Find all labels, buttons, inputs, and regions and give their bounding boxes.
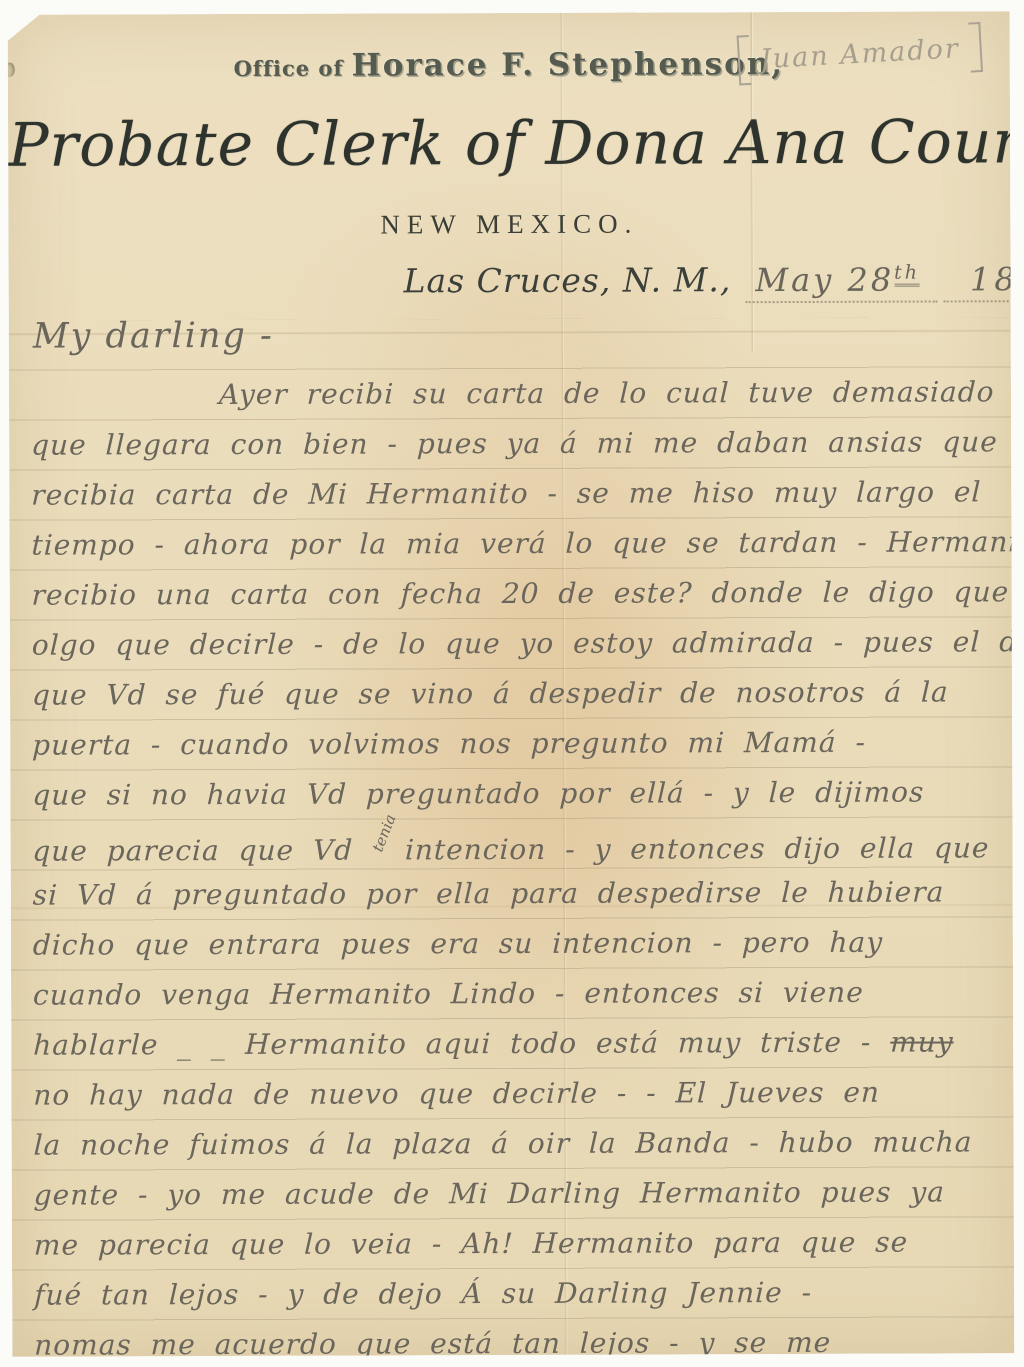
dateline-handwritten-date: May 28th	[745, 261, 938, 304]
letterhead-state: NEW MEXICO.	[8, 207, 1010, 241]
handwritten-line: tiempo - ahora por la mia verá lo que se…	[31, 517, 1001, 570]
handwritten-line: recibio una carta con fecha 20 de este? …	[31, 567, 1001, 620]
dateline-year: 1890	[944, 260, 1024, 302]
handwritten-line: recibia carta de Mi Hermanito - se me hi…	[31, 467, 1001, 520]
letterhead-office-name: Horace F. Stephenson,	[351, 46, 784, 84]
handwritten-line: gente - yo me acude de Mi Darling Herman…	[33, 1167, 1003, 1220]
annotation-name: Juan Amador	[749, 32, 970, 75]
handwritten-line: la noche fuimos á la plaza á oir la Band…	[33, 1117, 1003, 1170]
handwritten-line: nomas me acuerdo que está tan lejos - y …	[34, 1317, 1004, 1367]
salutation: My darling -	[33, 316, 274, 357]
dateline: Las Cruces, N. M., May 28th 1890	[404, 259, 1024, 304]
handwritten-line: que Vd se fué que se vino á despedir de …	[31, 667, 1001, 720]
handwritten-line: si Vd á preguntado por ella para despedi…	[32, 867, 1002, 920]
handwritten-line: me parecia que lo veia - Ah! Hermanito p…	[33, 1217, 1003, 1270]
handwritten-line: dicho que entrara pues era su intencion …	[32, 917, 1002, 970]
handwritten-line: que si no havia Vd preguntado por ellá -…	[32, 767, 1002, 820]
scanned-letter-page: Office ofHorace F. Stephenson, Juan Amad…	[0, 0, 1024, 1367]
handwritten-line: que parecia que Vd tenia intencion - y e…	[32, 817, 1002, 870]
date-ordinal: th	[894, 262, 920, 287]
handwritten-line: hablarle _ _ Hermanito aqui todo está mu…	[32, 1017, 1002, 1070]
handwritten-line: cuando venga Hermanito Lindo - entonces …	[32, 967, 1002, 1020]
handwritten-line: que llegara con bien - pues ya á mi me d…	[30, 417, 1000, 470]
letterhead-title: Probate Clerk of Dona Ana County,	[8, 107, 1010, 180]
letterhead-office-prefix: Office of	[234, 56, 344, 81]
letter-paper: Office ofHorace F. Stephenson, Juan Amad…	[8, 11, 1015, 1356]
handwritten-line: puerta - cuando volvimos nos pregunto mi…	[31, 717, 1001, 770]
handwritten-line: Ayer recibi su carta de lo cual tuve dem…	[30, 367, 1000, 420]
dateline-printed-place: Las Cruces, N. M.,	[404, 260, 732, 300]
handwritten-line: olgo que decirle - de lo que yo estoy ad…	[31, 617, 1001, 670]
letter-body: Ayer recibi su carta de lo cual tuve dem…	[31, 367, 1002, 1367]
right-bracket-mark	[968, 22, 983, 73]
handwritten-line: no hay nada de nuevo que decirle - - El …	[33, 1067, 1003, 1120]
handwritten-line: fué tan lejos - y de dejo Á su Darling J…	[33, 1267, 1003, 1320]
